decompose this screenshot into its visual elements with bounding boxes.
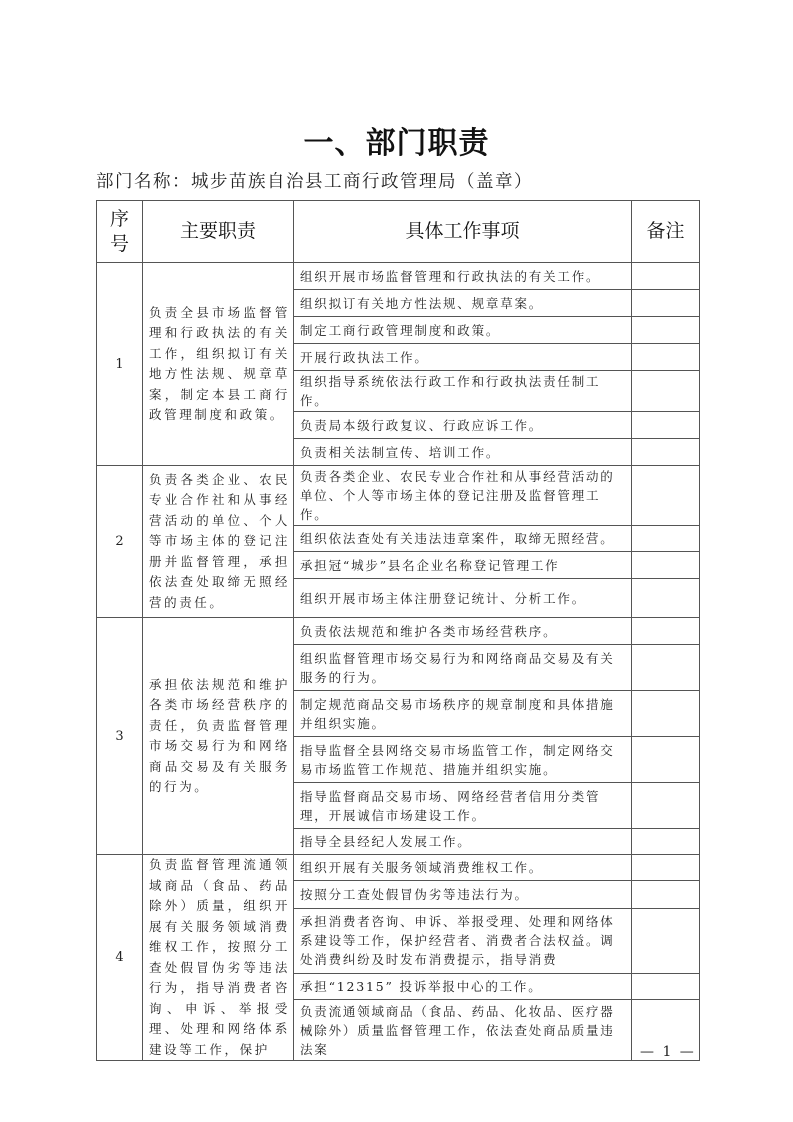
main-duty: 负责各类企业、农民专业合作社和从事经营活动的单位、个人等市场主体的登记注册并监督… xyxy=(143,466,294,618)
row-number: 2 xyxy=(97,466,143,618)
note-cell xyxy=(632,263,700,290)
page-title: 一、部门职责 xyxy=(0,118,793,162)
table-row: 1 负责全县市场监督管理和行政执法的有关工作，组织拟订有关地方性法规、规章草案，… xyxy=(97,263,700,290)
note-cell xyxy=(632,552,700,579)
note-cell xyxy=(632,344,700,371)
work-item: 承担冠“城步”县名企业名称登记管理工作 xyxy=(294,552,632,579)
duties-table: 序号 主要职责 具体工作事项 备注 1 负责全县市场监督管理和行政执法的有关工作… xyxy=(96,200,700,1061)
note-cell xyxy=(632,645,700,691)
header-no: 序号 xyxy=(97,201,143,263)
work-item: 负责相关法制宣传、培训工作。 xyxy=(294,439,632,466)
note-cell xyxy=(632,855,700,881)
header-note: 备注 xyxy=(632,201,700,263)
note-cell xyxy=(632,829,700,855)
note-cell xyxy=(632,526,700,552)
main-duty: 负责全县市场监督管理和行政执法的有关工作，组织拟订有关地方性法规、规章草案，制定… xyxy=(143,263,294,466)
note-cell xyxy=(632,466,700,526)
table-header-row: 序号 主要职责 具体工作事项 备注 xyxy=(97,201,700,263)
work-item: 组织拟订有关地方性法规、规章草案。 xyxy=(294,290,632,317)
main-duty: 负责监督管理流通领域商品（食品、药品除外）质量，组织开展有关服务领域消费维权工作… xyxy=(143,855,294,1061)
work-item: 负责局本级行政复议、行政应诉工作。 xyxy=(294,412,632,439)
note-cell xyxy=(632,691,700,737)
work-item: 组织开展有关服务领域消费维权工作。 xyxy=(294,855,632,881)
note-cell xyxy=(632,783,700,829)
note-cell xyxy=(632,579,700,618)
work-item: 负责流通领域商品（食品、药品、化妆品、医疗器械除外）质量监督管理工作，依法查处商… xyxy=(294,1000,632,1061)
table-row: 2 负责各类企业、农民专业合作社和从事经营活动的单位、个人等市场主体的登记注册并… xyxy=(97,466,700,526)
note-cell xyxy=(632,881,700,908)
department-name: 部门名称：城步苗族自治县工商行政管理局（盖章） xyxy=(96,168,533,193)
row-number: 1 xyxy=(97,263,143,466)
main-duty: 承担依法规范和维护各类市场经营秩序的责任，负责监督管理市场交易行为和网络商品交易… xyxy=(143,618,294,855)
work-item: 制定工商行政管理制度和政策。 xyxy=(294,317,632,344)
work-item: 承担“12315” 投诉举报中心的工作。 xyxy=(294,974,632,1000)
note-cell xyxy=(632,290,700,317)
note-cell xyxy=(632,737,700,783)
work-item: 负责各类企业、农民专业合作社和从事经营活动的单位、个人等市场主体的登记注册及监督… xyxy=(294,466,632,526)
header-main-duty: 主要职责 xyxy=(143,201,294,263)
work-item: 组织依法查处有关违法违章案件，取缔无照经营。 xyxy=(294,526,632,552)
page-number: — 1 — xyxy=(640,1044,696,1060)
note-cell xyxy=(632,439,700,466)
work-item: 组织监督管理市场交易行为和网络商品交易及有关服务的行为。 xyxy=(294,645,632,691)
note-cell xyxy=(632,618,700,645)
note-cell xyxy=(632,908,700,974)
work-item: 指导监督商品交易市场、网络经营者信用分类管理，开展诚信市场建设工作。 xyxy=(294,783,632,829)
work-item: 指导监督全县网络交易市场监管工作，制定网络交易市场监管工作规范、措施并组织实施。 xyxy=(294,737,632,783)
row-number: 4 xyxy=(97,855,143,1061)
work-item: 承担消费者咨询、申诉、举报受理、处理和网络体系建设等工作，保护经营者、消费者合法… xyxy=(294,908,632,974)
note-cell xyxy=(632,371,700,412)
note-cell xyxy=(632,317,700,344)
work-item: 组织指导系统依法行政工作和行政执法责任制工作。 xyxy=(294,371,632,412)
work-item: 组织开展市场监督管理和行政执法的有关工作。 xyxy=(294,263,632,290)
row-number: 3 xyxy=(97,618,143,855)
table-row: 4 负责监督管理流通领域商品（食品、药品除外）质量，组织开展有关服务领域消费维权… xyxy=(97,855,700,881)
header-work-items: 具体工作事项 xyxy=(294,201,632,263)
work-item: 指导全县经纪人发展工作。 xyxy=(294,829,632,855)
note-cell xyxy=(632,974,700,1000)
work-item: 开展行政执法工作。 xyxy=(294,344,632,371)
note-cell xyxy=(632,412,700,439)
work-item: 负责依法规范和维护各类市场经营秩序。 xyxy=(294,618,632,645)
work-item: 按照分工查处假冒伪劣等违法行为。 xyxy=(294,881,632,908)
table-row: 3 承担依法规范和维护各类市场经营秩序的责任，负责监督管理市场交易行为和网络商品… xyxy=(97,618,700,645)
work-item: 制定规范商品交易市场秩序的规章制度和具体措施并组织实施。 xyxy=(294,691,632,737)
work-item: 组织开展市场主体注册登记统计、分析工作。 xyxy=(294,579,632,618)
